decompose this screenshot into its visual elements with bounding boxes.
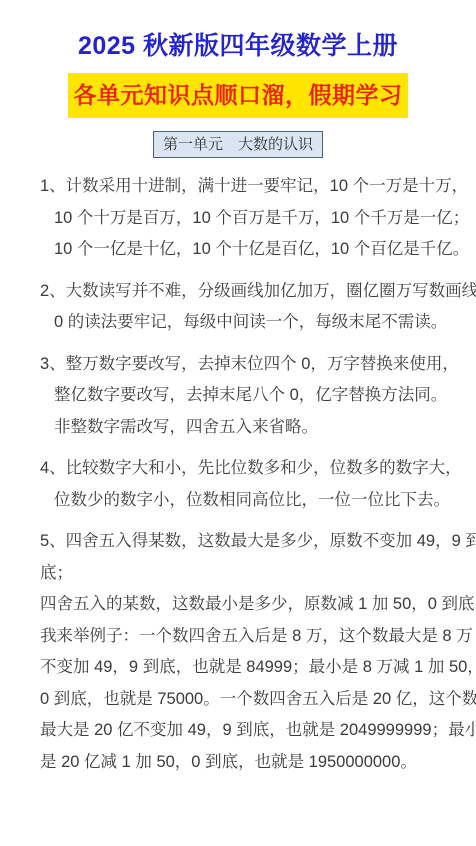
highlight-banner: 各单元知识点顺口溜，假期学习 — [68, 73, 408, 118]
text-line: 底； — [40, 558, 456, 590]
knowledge-item-5: 5、四舍五入得某数，这数最大是多少，原数不变加 49，9 到 底； 四舍五入的某… — [40, 526, 456, 778]
text-line: 0 的读法要牢记，每级中间读一个，每级末尾不需读。 — [40, 307, 456, 339]
text-line: 10 个一亿是十亿，10 个十亿是百亿，10 个百亿是千亿。 — [40, 234, 456, 266]
text-line: 4、比较数字大和小，先比位数多和少，位数多的数字大， — [40, 453, 456, 485]
text-line: 不变加 49，9 到底，也就是 84999；最小是 8 万减 1 加 50， — [40, 652, 456, 684]
text-line: 5、四舍五入得某数，这数最大是多少，原数不变加 49，9 到 — [40, 526, 456, 558]
knowledge-item-1: 1、计数采用十进制，满十进一要牢记，10 个一万是十万， 10 个十万是百万，1… — [40, 171, 456, 266]
text-line: 3、整万数字要改写，去掉末位四个 0，万字替换来使用， — [40, 349, 456, 381]
text-line: 1、计数采用十进制，满十进一要牢记，10 个一万是十万， — [40, 171, 456, 203]
text-line: 非整数字需改写，四舍五入来省略。 — [40, 412, 456, 444]
unit-header-text: 第一单元 大数的认识 — [163, 136, 313, 153]
text-line: 0 到底，也就是 75000。一个数四舍五入后是 20 亿，这个数 — [40, 684, 456, 716]
knowledge-item-2: 2、大数读写并不难，分级画线加亿加万，圈亿圈万写数画线， 0 的读法要牢记，每级… — [40, 276, 456, 339]
text-line: 四舍五入的某数，这数最小是多少，原数减 1 加 50，0 到底 — [40, 589, 456, 621]
document-page: 2025 秋新版四年级数学上册 各单元知识点顺口溜，假期学习 第一单元 大数的认… — [0, 0, 476, 846]
unit-header: 第一单元 大数的认识 — [153, 131, 323, 158]
text-line: 最大是 20 亿不变加 49，9 到底，也就是 2049999999；最小 — [40, 715, 456, 747]
text-line: 是 20 亿减 1 加 50，0 到底，也就是 1950000000。 — [40, 747, 456, 779]
page-title: 2025 秋新版四年级数学上册 — [0, 26, 476, 62]
text-line: 2、大数读写并不难，分级画线加亿加万，圈亿圈万写数画线， — [40, 276, 456, 308]
text-line: 10 个十万是百万，10 个百万是千万，10 个千万是一亿； — [40, 203, 456, 235]
text-line: 整亿数字要改写，去掉末尾八个 0，亿字替换方法同。 — [40, 380, 456, 412]
knowledge-item-3: 3、整万数字要改写，去掉末位四个 0，万字替换来使用， 整亿数字要改写，去掉末尾… — [40, 349, 456, 444]
highlight-banner-text: 各单元知识点顺口溜，假期学习 — [74, 82, 403, 108]
text-line: 位数少的数字小，位数相同高位比，一位一位比下去。 — [40, 485, 456, 517]
text-line: 我来举例子：一个数四舍五入后是 8 万，这个数最大是 8 万 — [40, 621, 456, 653]
knowledge-item-4: 4、比较数字大和小，先比位数多和少，位数多的数字大， 位数少的数字小，位数相同高… — [40, 453, 456, 516]
notes-content: 1、计数采用十进制，满十进一要牢记，10 个一万是十万， 10 个十万是百万，1… — [40, 171, 456, 778]
